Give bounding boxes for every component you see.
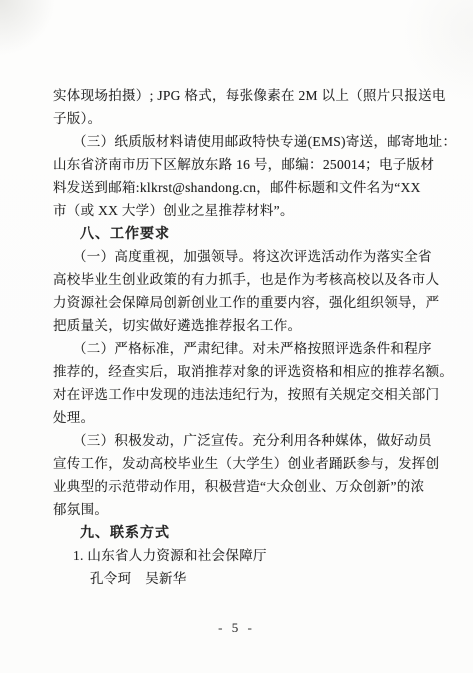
section-heading: 九、联系方式 [53, 521, 427, 544]
text-line: 推荐的，经查实后，取消推荐对象的评选资格和相应的推荐名额。 [53, 360, 427, 383]
document-body: 实体现场拍摄）; JPG 格式，每张像素在 2M 以上（照片只报送电子版）。（三… [53, 84, 427, 590]
text-line: 料发送到邮箱:klkrst@shandong.cn，邮件标题和文件名为“XX [53, 176, 427, 199]
text-line: 把质量关，切实做好遴选推荐报名工作。 [53, 314, 427, 337]
page-number: - 5 - [0, 620, 473, 636]
text-line: 子版）。 [53, 107, 427, 130]
text-line: 市（或 XX 大学）创业之星推荐材料”。 [53, 199, 427, 222]
text-line: （一）高度重视，加强领导。将这次评选活动作为落实全省 [53, 245, 427, 268]
section-heading: 八、工作要求 [53, 222, 427, 245]
text-line: 力资源社会保障局创新创业工作的重要内容，强化组织领导，严 [53, 291, 427, 314]
text-line: 郁氛围。 [53, 498, 427, 521]
text-line: 业典型的示范带动作用，积极营造“大众创业、万众创新”的浓 [53, 475, 427, 498]
text-line: 高校毕业生创业政策的有力抓手，也是作为考核高校以及各市人 [53, 268, 427, 291]
document-page: 实体现场拍摄）; JPG 格式，每张像素在 2M 以上（照片只报送电子版）。（三… [0, 0, 473, 673]
text-line: （二）严格标准，严肃纪律。对未严格按照评选条件和程序 [53, 337, 427, 360]
text-line: （三）纸质版材料请使用邮政特快专递(EMS)寄送，邮寄地址： [53, 130, 427, 153]
text-line: 孔令珂 吴新华 [53, 567, 427, 590]
text-line: 宣传工作，发动高校毕业生（大学生）创业者踊跃参与，发挥创 [53, 452, 427, 475]
text-line: （三）积极发动，广泛宣传。充分利用各种媒体，做好动员 [53, 429, 427, 452]
text-line: 实体现场拍摄）; JPG 格式，每张像素在 2M 以上（照片只报送电 [53, 84, 427, 107]
text-line: 1. 山东省人力资源和社会保障厅 [53, 544, 427, 567]
text-line: 山东省济南市历下区解放东路 16 号，邮编：250014；电子版材 [53, 153, 427, 176]
text-line: 对在评选工作中发现的违法违纪行为，按照有关规定交相关部门 [53, 383, 427, 406]
text-line: 处理。 [53, 406, 427, 429]
